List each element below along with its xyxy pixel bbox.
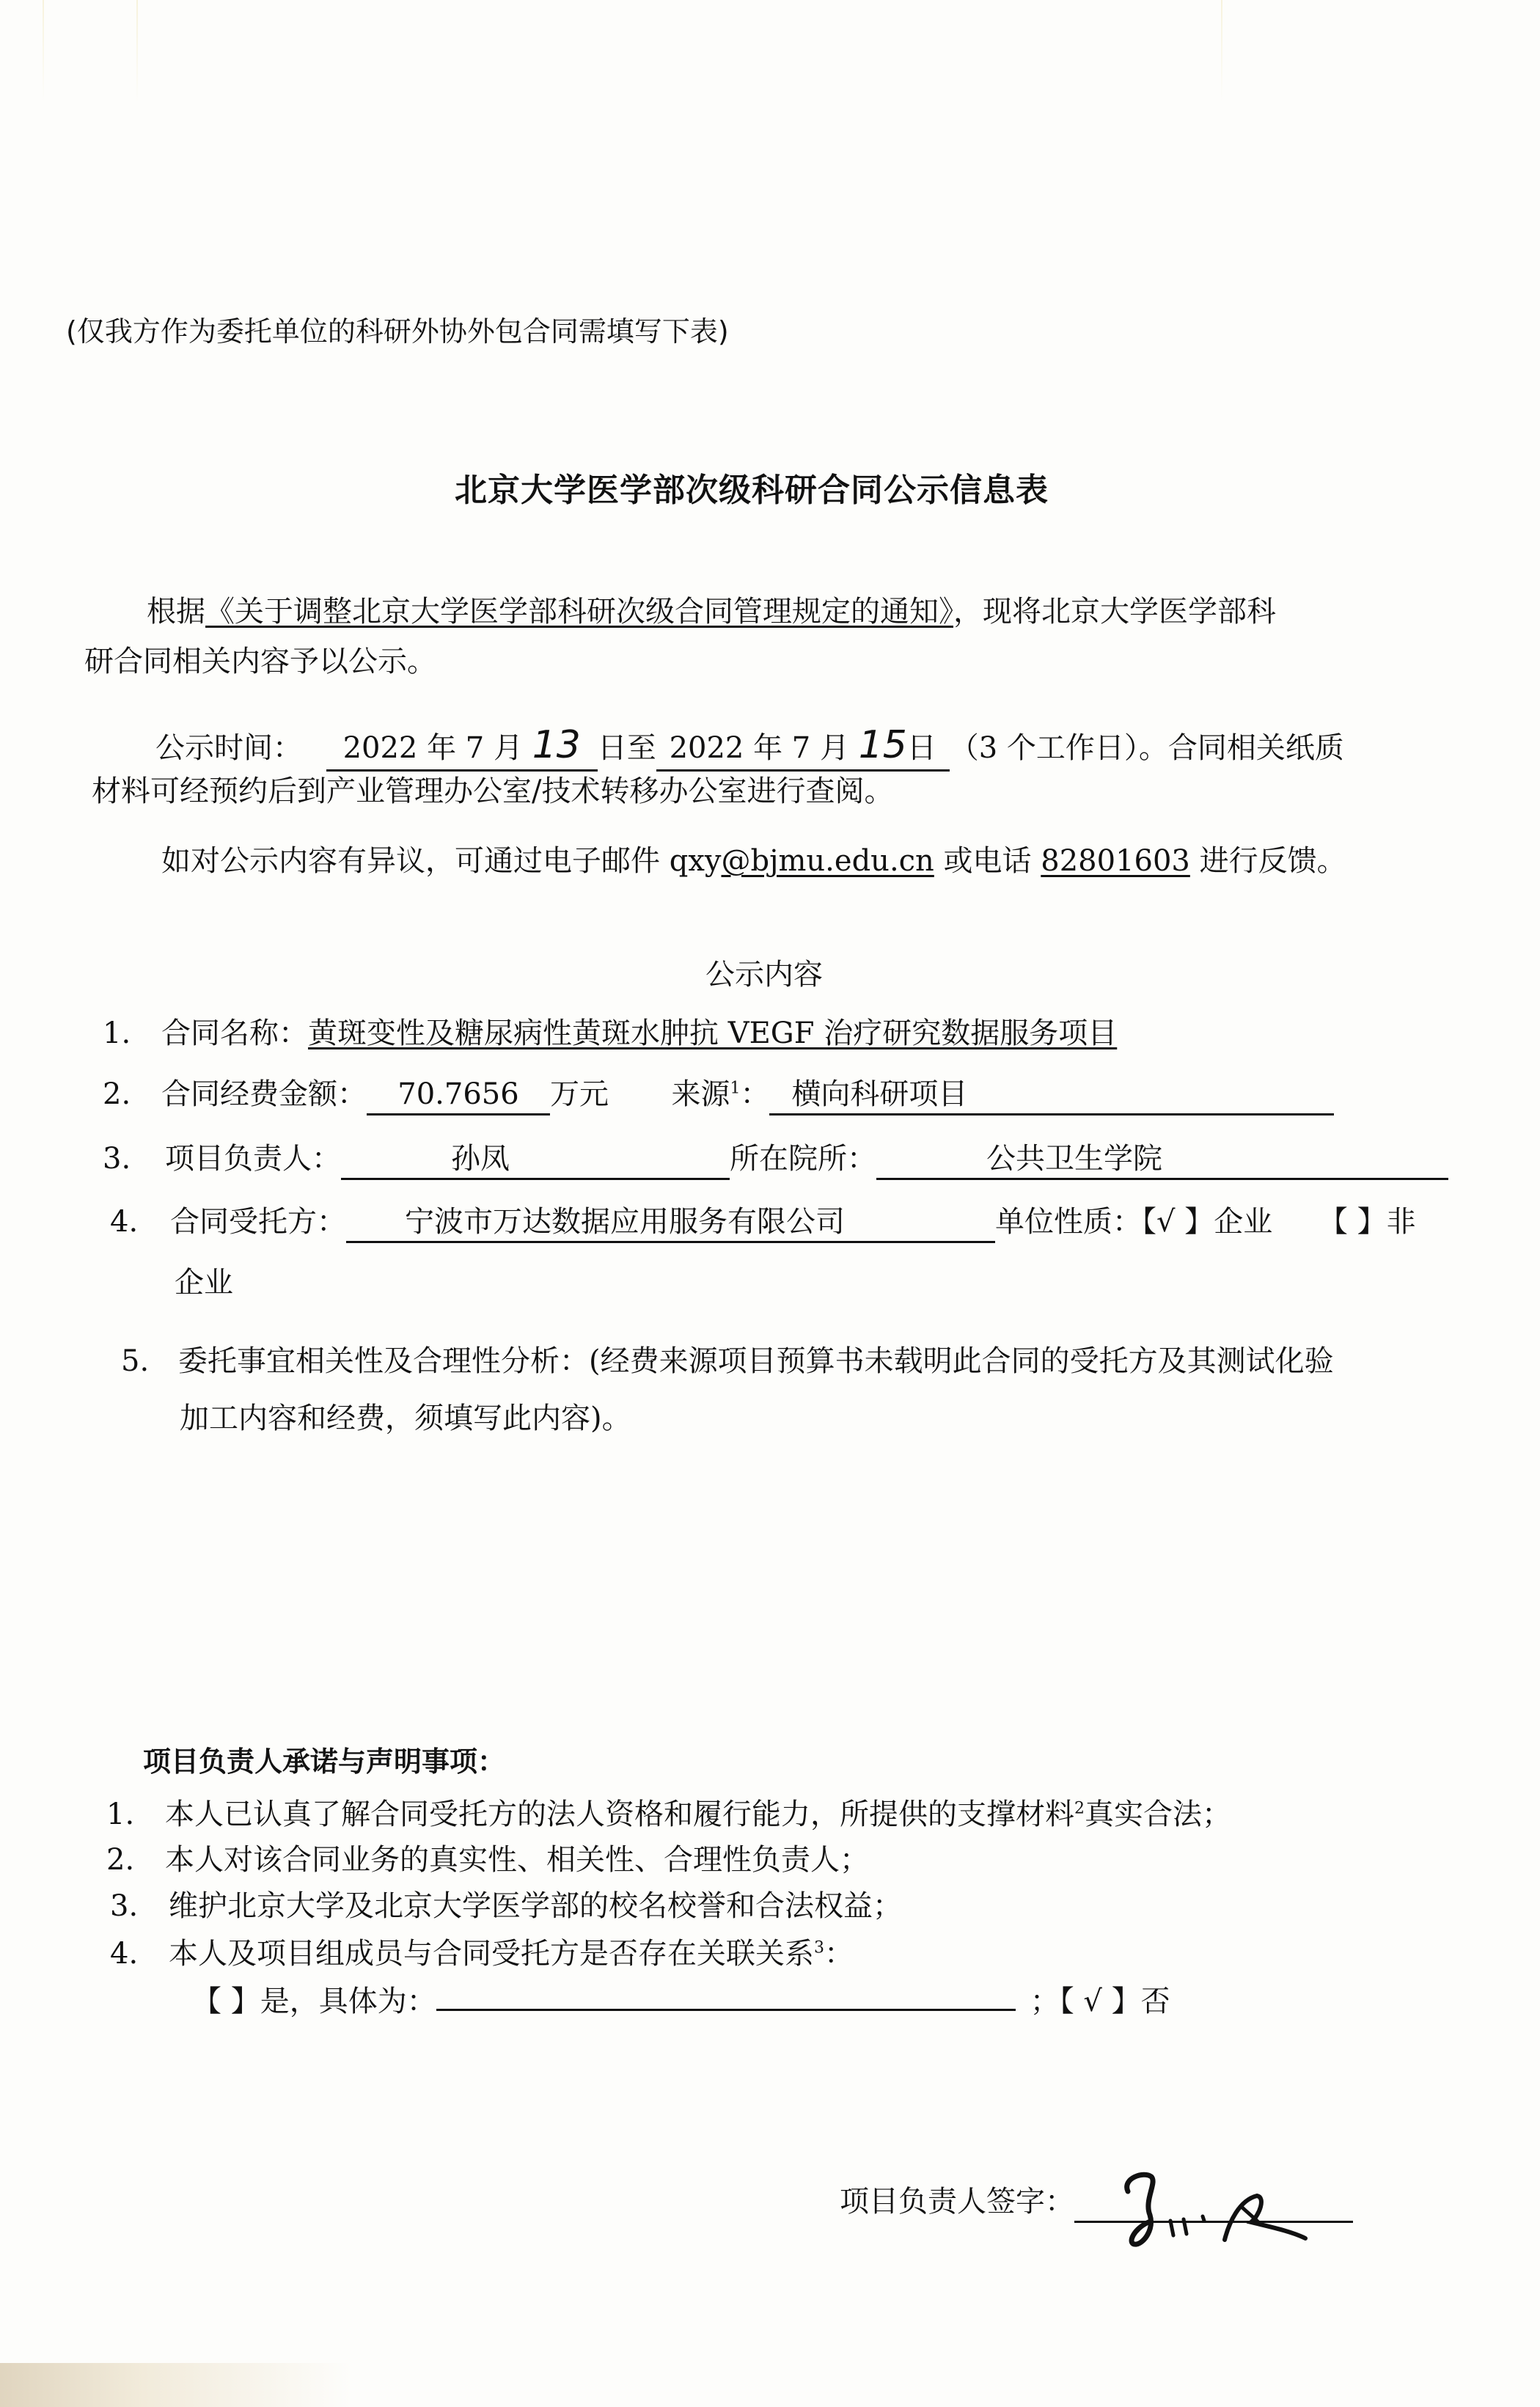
item-number: 5. — [121, 1344, 178, 1379]
source-label: 来源 — [671, 1077, 730, 1111]
item-project-lead: 3.项目负责人：孙凤所在院所：公共卫生学院 — [103, 1141, 1448, 1180]
item-number: 2. — [106, 1842, 165, 1877]
feedback-suffix: 进行反馈。 — [1200, 844, 1346, 878]
project-lead-label: 项目负责人： — [165, 1142, 341, 1176]
scan-stain — [0, 2363, 352, 2407]
feedback-mid: 或电话 — [944, 844, 1032, 878]
amount-label: 合同经费金额： — [161, 1077, 367, 1111]
item-number: 1. — [106, 1797, 165, 1832]
project-lead-field: 孙凤 — [341, 1141, 730, 1180]
nature-label: 单位性质： — [995, 1205, 1142, 1239]
period-end-field: 2022 年 7 月 15日 — [656, 722, 950, 772]
source-value: 横向科研项目 — [769, 1077, 967, 1111]
period-line-1: 公示时间： 2022 年 7 月 13 日至 2022 年 7 月 15日 （3… — [155, 722, 1344, 772]
end-month: 7 — [792, 731, 810, 765]
period-label: 公示时间： — [155, 731, 302, 765]
signature-label: 项目负责人签字： — [840, 2185, 1074, 2219]
checkbox-relation-no-checked[interactable]: ；【 √ 】否 — [1030, 1985, 1170, 2018]
period-line-2: 材料可经预约后到产业管理办公室/技术转移办公室进行查阅。 — [92, 774, 893, 809]
pledge-item: 2.本人对该合同业务的真实性、相关性、合理性负责人； — [106, 1842, 869, 1877]
item-relevance-analysis: 5.委托事宜相关性及合理性分析：(经费来源项目预算书未载明此合同的受托方及其测试… — [121, 1344, 1334, 1379]
scan-artifact — [136, 0, 138, 103]
year-char: 年 — [427, 731, 456, 765]
scan-artifact — [43, 0, 44, 103]
pledge-title: 项目负责人承诺与声明事项： — [143, 1745, 505, 1779]
source-field: 横向科研项目 — [769, 1077, 1334, 1115]
pledge-text-after: 真实合法； — [1085, 1798, 1231, 1831]
relevance-text: 委托事宜相关性及合理性分析：(经费来源项目预算书未载明此合同的受托方及其测试化验 — [178, 1344, 1334, 1378]
period-to: 日至 — [598, 731, 656, 765]
start-year: 2022 — [343, 731, 418, 765]
checkbox-enterprise-checked[interactable]: 【√ 】企业 — [1142, 1205, 1272, 1239]
year-char: 年 — [753, 731, 782, 765]
intro-prefix: 根据 — [147, 595, 205, 629]
item-number: 1. — [103, 1016, 161, 1051]
intro-line-2: 研合同相关内容予以公示。 — [84, 644, 436, 679]
pledge-item: 4.本人及项目组成员与合同受托方是否存在关联关系3： — [110, 1936, 854, 1971]
contractor-value: 宁波市万达数据应用服务有限公司 — [346, 1205, 845, 1239]
email-link[interactable]: @bjmu.edu.cn — [721, 844, 934, 878]
contractor-label: 合同受托方： — [170, 1205, 346, 1239]
item-contractor: 4.合同受托方：宁波市万达数据应用服务有限公司单位性质：【√ 】企业 【 】非 — [110, 1204, 1416, 1243]
item-number: 2. — [103, 1077, 161, 1112]
footnote-ref: 1 — [730, 1080, 740, 1098]
month-char: 月 — [494, 731, 523, 765]
pledge-text: 本人已认真了解合同受托方的法人资格和履行能力，所提供的支撑材料 — [165, 1798, 1074, 1831]
document-page: (仅我方作为委托单位的科研外协外包合同需填写下表) 北京大学医学部次级科研合同公… — [0, 0, 1540, 2407]
amount-unit: 万元 — [550, 1077, 609, 1111]
item-number: 4. — [110, 1936, 169, 1971]
item-contractor-cont: 企业 — [175, 1265, 233, 1300]
phone-link[interactable]: 82801603 — [1041, 844, 1190, 878]
notice-link[interactable]: 《关于调整北京大学医学部科研次级合同管理规定的通知》 — [205, 595, 953, 629]
end-day-handwritten: 15 — [859, 723, 907, 767]
pledge-text: 维护北京大学及北京大学医学部的校名校誉和合法权益； — [169, 1889, 902, 1923]
scan-artifact — [1221, 0, 1222, 103]
dept-field: 公共卫生学院 — [876, 1141, 1448, 1180]
item-contract-amount: 2.合同经费金额：70.7656万元 来源1：横向科研项目 — [103, 1077, 1334, 1115]
checkbox-non-enterprise[interactable]: 【 】非 — [1319, 1205, 1416, 1239]
contract-name-label: 合同名称： — [161, 1016, 308, 1050]
feedback-line: 如对公示内容有异议，可通过电子邮件 qxy@bjmu.edu.cn 或电话 82… — [161, 843, 1346, 879]
pledge-text: 本人及项目组成员与合同受托方是否存在关联关系 — [169, 1937, 814, 1971]
dept-label: 所在院所： — [730, 1142, 876, 1176]
page-title: 北京大学医学部次级科研合同公示信息表 — [455, 464, 1049, 510]
relation-choice: 【 】是，具体为：；【 √ 】否 — [192, 1984, 1170, 2019]
pledge-text-after: ： — [824, 1937, 854, 1971]
footnote-ref: 2 — [1074, 1800, 1085, 1818]
item-number: 3. — [110, 1888, 169, 1924]
feedback-prefix: 如对公示内容有异议，可通过电子邮件 qxy — [161, 844, 721, 878]
section-title: 公示内容 — [705, 957, 823, 992]
relevance-text-cont: 加工内容和经费，须填写此内容)。 — [180, 1401, 631, 1436]
day-char: 日 — [907, 731, 936, 765]
pledge-text: 本人对该合同业务的真实性、相关性、合理性负责人； — [165, 1843, 869, 1877]
amount-value: 70.7656 — [367, 1077, 550, 1115]
intro-line-1: 根据《关于调整北京大学医学部科研次级合同管理规定的通知》，现将北京大学医学部科 — [147, 594, 1276, 629]
start-day-handwritten: 13 — [532, 723, 581, 767]
item-number: 3. — [103, 1141, 165, 1176]
checkbox-relation-yes[interactable]: 【 】是，具体为： — [192, 1985, 436, 2018]
contractor-field: 宁波市万达数据应用服务有限公司 — [346, 1204, 995, 1243]
pledge-item: 3.维护北京大学及北京大学医学部的校名校誉和合法权益； — [110, 1888, 902, 1924]
dept-value: 公共卫生学院 — [876, 1142, 1162, 1176]
period-suffix: （3 个工作日）。合同相关纸质 — [950, 731, 1344, 765]
footnote-ref: 3 — [814, 1939, 824, 1957]
start-month: 7 — [466, 731, 484, 765]
source-colon: ： — [740, 1077, 769, 1111]
handwritten-signature-icon — [1122, 2171, 1357, 2252]
end-year: 2022 — [670, 731, 744, 765]
pledge-item: 1.本人已认真了解合同受托方的法人资格和履行能力，所提供的支撑材料2真实合法； — [106, 1797, 1231, 1832]
contract-name-value: 黄斑变性及糖尿病性黄斑水肿抗 VEGF 治疗研究数据服务项目 — [308, 1016, 1117, 1050]
month-char: 月 — [820, 731, 849, 765]
relation-detail-field[interactable] — [436, 2007, 1016, 2011]
intro-suffix: ，现将北京大学医学部科 — [953, 595, 1276, 629]
project-lead-value: 孙凤 — [341, 1142, 510, 1176]
header-note: (仅我方作为委托单位的科研外协外包合同需填写下表) — [66, 315, 729, 349]
item-contract-name: 1.合同名称：黄斑变性及糖尿病性黄斑水肿抗 VEGF 治疗研究数据服务项目 — [103, 1016, 1117, 1051]
period-start-field: 2022 年 7 月 13 — [326, 722, 598, 772]
item-number: 4. — [110, 1204, 170, 1239]
